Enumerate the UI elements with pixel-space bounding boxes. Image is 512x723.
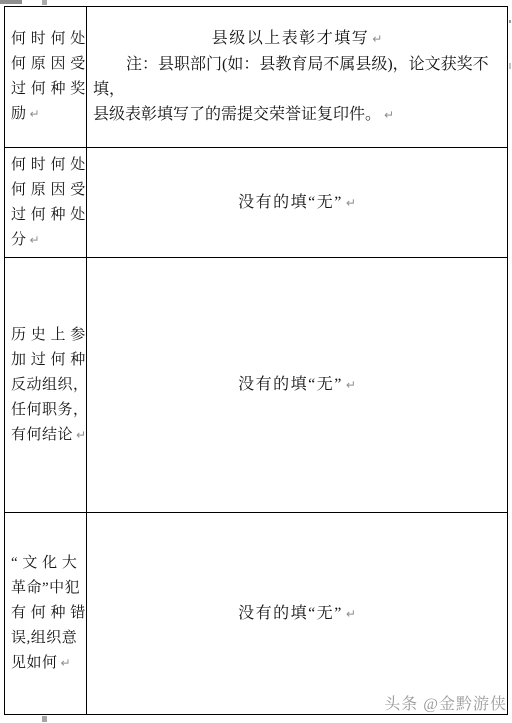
- label-line: 过 何 种 奖: [11, 77, 84, 102]
- return-mark-icon: ↵: [372, 32, 382, 46]
- content-cell: 县级以上表彰才填写↵注：县职部门(如：县教育局不属县级)，论文获奖不填，县级表彰…: [87, 7, 507, 147]
- label-line: 励↵: [11, 102, 84, 127]
- label-line: 何 原 因 受: [11, 52, 84, 77]
- table-row: 何 时 何 处何 原 因 受过 何 种 处分↵没有的填“无”↵: [5, 148, 507, 258]
- table-row: 何 时 何 处何 原 因 受过 何 种 奖励↵县级以上表彰才填写↵注：县职部门(…: [5, 7, 507, 148]
- label-cell: 何 时 何 处何 原 因 受过 何 种 奖励↵: [5, 7, 87, 147]
- content-line: 没有的填“无”↵: [93, 372, 501, 398]
- label-line: 有 何 种 错: [11, 601, 84, 626]
- return-mark-icon: ↵: [76, 428, 86, 442]
- content-text: 注：县职部门(如：县教育局不属县级)，论文获奖不填，: [93, 56, 489, 98]
- label-line: 加 过 何 种: [11, 348, 84, 373]
- label-line: 误,组织意: [11, 626, 84, 651]
- watermark: 头条 @金黔游侠: [384, 691, 507, 714]
- label-line: 何 时 何 处: [11, 27, 84, 52]
- table-row: 历 史 上 参加 过 何 种反动组织，任何职务，有何结论↵没有的填“无”↵: [5, 258, 507, 513]
- content-line: 县级以上表彰才填写↵: [93, 26, 501, 52]
- edge-artifact: [42, 0, 47, 5]
- return-mark-icon: ↵: [346, 607, 356, 621]
- label-cell: 历 史 上 参加 过 何 种反动组织，任何职务，有何结论↵: [5, 258, 87, 512]
- content-line: 没有的填“无”↵: [93, 190, 501, 216]
- content-line: 没有的填“无”↵: [93, 601, 501, 627]
- content-text: 没有的填“无”: [238, 376, 343, 393]
- table-row: “ 文 化 大革命”中犯有 何 种 错误,组织意见如何↵没有的填“无”↵: [5, 513, 507, 714]
- content-text: 没有的填“无”: [238, 194, 343, 211]
- label-cell: “ 文 化 大革命”中犯有 何 种 错误,组织意见如何↵: [5, 513, 87, 714]
- form-table: 何 时 何 处何 原 因 受过 何 种 奖励↵县级以上表彰才填写↵注：县职部门(…: [4, 6, 508, 715]
- label-cell: 何 时 何 处何 原 因 受过 何 种 处分↵: [5, 148, 87, 257]
- label-line: 何 时 何 处: [11, 153, 84, 178]
- content-cell: 没有的填“无”↵: [87, 258, 507, 512]
- content-text: 县级以上表彰才填写: [212, 30, 370, 47]
- edge-artifact: [0, 0, 22, 4]
- label-line: 见如何↵: [11, 651, 84, 676]
- return-mark-icon: ↵: [30, 233, 40, 247]
- content-text: 没有的填“无”: [238, 605, 343, 622]
- label-line: 反动组织，: [11, 373, 84, 398]
- content-cell: 没有的填“无”↵: [87, 148, 507, 257]
- return-mark-icon: ↵: [384, 108, 394, 122]
- label-line: 有何结论↵: [11, 423, 84, 448]
- document-page: 何 时 何 处何 原 因 受过 何 种 奖励↵县级以上表彰才填写↵注：县职部门(…: [0, 0, 512, 723]
- edge-artifact: [509, 63, 511, 69]
- label-line: “ 文 化 大: [11, 551, 84, 576]
- label-line: 过 何 种 处: [11, 203, 84, 228]
- return-mark-icon: ↵: [346, 196, 356, 210]
- return-mark-icon: ↵: [30, 107, 40, 121]
- return-mark-icon: ↵: [346, 378, 356, 392]
- edge-artifact: [42, 716, 47, 722]
- label-line: 任何职务，: [11, 398, 84, 423]
- content-cell: 没有的填“无”↵: [87, 513, 507, 714]
- content-line: 县级表彰填写了的需提交荣誉证复印件。↵: [93, 102, 501, 128]
- content-text: 县级表彰填写了的需提交荣誉证复印件。: [93, 106, 381, 123]
- label-line: 革命”中犯: [11, 576, 84, 601]
- content-line: 注：县职部门(如：县教育局不属县级)，论文获奖不填，: [93, 52, 501, 102]
- edge-artifact: [509, 20, 511, 23]
- label-line: 历 史 上 参: [11, 323, 84, 348]
- label-line: 何 原 因 受: [11, 178, 84, 203]
- return-mark-icon: ↵: [61, 656, 71, 670]
- label-line: 分↵: [11, 228, 84, 253]
